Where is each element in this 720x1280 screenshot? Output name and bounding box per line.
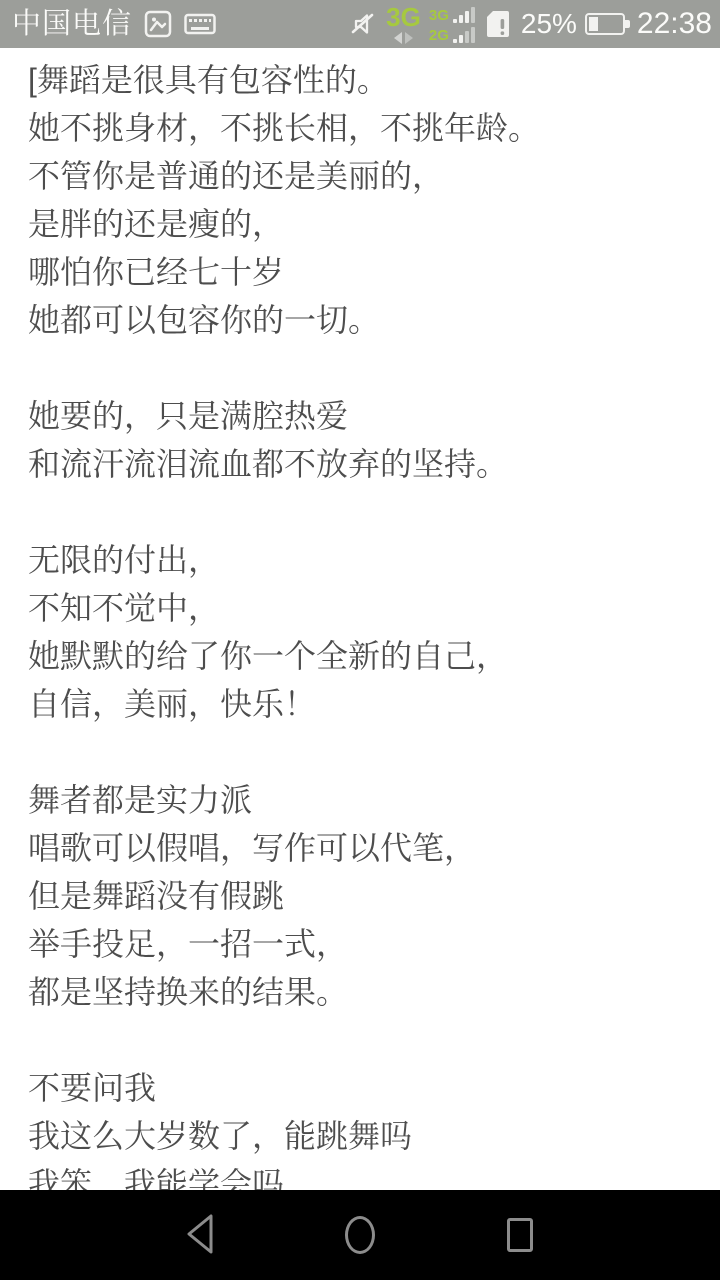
data-arrows-icon	[394, 32, 413, 44]
poem-line: 无限的付出，	[28, 536, 706, 584]
poem-line: [舞蹈是很具有包容性的。	[28, 56, 706, 104]
sim2-signal-bars-icon	[453, 27, 475, 43]
poem-line: 都是坚持换来的结果。	[28, 968, 706, 1016]
poem-line	[28, 488, 706, 536]
poem-line: 不要问我	[28, 1064, 706, 1112]
dual-sim-signal: 3G 2G	[429, 6, 475, 43]
recents-icon	[507, 1218, 533, 1252]
poem-line: 自信，美丽，快乐！	[28, 680, 706, 728]
poem-line: 她要的，只是满腔热爱	[28, 392, 706, 440]
text-content[interactable]: [舞蹈是很具有包容性的。她不挑身材，不挑长相，不挑年龄。不管你是普通的还是美丽的…	[0, 48, 720, 1190]
status-bar-left: 中国电信	[12, 10, 216, 39]
poem-line: 她都可以包容你的一切。	[28, 296, 706, 344]
poem-line	[28, 1016, 706, 1064]
poem-line: 和流汗流泪流血都不放弃的坚持。	[28, 440, 706, 488]
home-icon	[345, 1216, 375, 1254]
poem-line: 舞者都是实力派	[28, 776, 706, 824]
mobile-data-indicator: 3G	[386, 4, 421, 44]
poem-line: 我笨，我能学会吗	[28, 1160, 706, 1190]
poem-line	[28, 728, 706, 776]
status-bar: 中国电信	[0, 0, 720, 48]
poem-line: 她不挑身材，不挑长相，不挑年龄。	[28, 104, 706, 152]
navigation-bar	[0, 1190, 720, 1280]
sim1-network-label: 3G	[429, 8, 449, 23]
keyboard-icon	[184, 12, 216, 36]
poem-line: 但是舞蹈没有假跳	[28, 872, 706, 920]
poem-line: 她默默的给了你一个全新的自己，	[28, 632, 706, 680]
poem-line: 哪怕你已经七十岁	[28, 248, 706, 296]
status-bar-right: 3G 3G 2G	[348, 4, 712, 44]
poem-line: 不知不觉中，	[28, 584, 706, 632]
battery-icon	[585, 13, 625, 35]
home-button[interactable]	[342, 1213, 378, 1257]
mute-icon	[348, 9, 378, 39]
sim1-signal-bars-icon	[453, 7, 475, 23]
battery-percent-label: 25%	[521, 10, 577, 38]
battery-fill	[589, 17, 598, 31]
poem-line: 不管你是普通的还是美丽的，	[28, 152, 706, 200]
picture-icon	[144, 10, 172, 38]
sim2-row: 2G	[429, 26, 475, 43]
sim1-row: 3G	[429, 6, 475, 23]
sim2-network-label: 2G	[429, 28, 449, 43]
poem-line: 唱歌可以假唱，写作可以代笔，	[28, 824, 706, 872]
network-type-label: 3G	[386, 4, 421, 30]
poem-line: 我这么大岁数了，能跳舞吗	[28, 1112, 706, 1160]
recents-button[interactable]	[502, 1213, 538, 1257]
clock-label: 22:38	[637, 9, 712, 39]
carrier-label: 中国电信	[12, 10, 132, 39]
sim-alert-icon	[483, 7, 513, 41]
poem-lines: [舞蹈是很具有包容性的。她不挑身材，不挑长相，不挑年龄。不管你是普通的还是美丽的…	[28, 56, 706, 1190]
back-button[interactable]	[182, 1213, 218, 1257]
poem-line: 是胖的还是瘦的，	[28, 200, 706, 248]
poem-line	[28, 344, 706, 392]
back-icon	[185, 1213, 215, 1258]
poem-line: 举手投足，一招一式，	[28, 920, 706, 968]
